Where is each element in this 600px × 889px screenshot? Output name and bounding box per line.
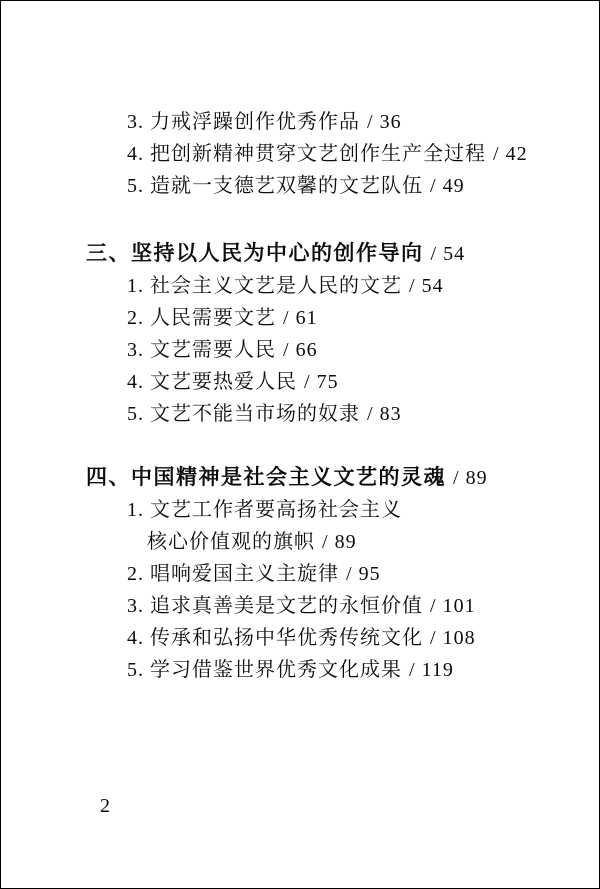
- toc-item-label: 4. 传承和弘扬中华优秀传统文化: [127, 627, 423, 649]
- toc-page-ref: 36: [380, 111, 402, 133]
- page-separator: /: [367, 403, 373, 425]
- toc-item: 3. 力戒浮躁创作优秀作品/36: [1, 106, 599, 138]
- page-separator: /: [431, 243, 437, 265]
- toc-page-ref: 95: [359, 563, 381, 585]
- page-separator: /: [409, 659, 415, 681]
- toc-item: 1. 社会主义文艺是人民的文艺/54: [1, 270, 599, 302]
- toc-item: 3. 文艺需要人民/66: [1, 334, 599, 366]
- toc-item: 2. 人民需要文艺/61: [1, 302, 599, 334]
- page-separator: /: [430, 595, 436, 617]
- section-heading: 四、中国精神是社会主义文艺的灵魂/89: [1, 462, 599, 494]
- page-separator: /: [346, 563, 352, 585]
- page-separator: /: [283, 339, 289, 361]
- toc-item-label: 5. 学习借鉴世界优秀文化成果: [127, 659, 402, 681]
- toc-item-label: 3. 力戒浮躁创作优秀作品: [127, 111, 360, 133]
- toc-item-label: 2. 人民需要文艺: [127, 307, 276, 329]
- toc-item-label: 4. 把创新精神贯穿文艺创作生产全过程: [127, 143, 486, 165]
- toc-page-ref: 89: [335, 531, 357, 553]
- toc-item-label: 1. 社会主义文艺是人民的文艺: [127, 275, 402, 297]
- page-separator: /: [283, 307, 289, 329]
- toc-item: 5. 造就一支德艺双馨的文艺队伍/49: [1, 170, 599, 202]
- section-heading: 三、坚持以人民为中心的创作导向/54: [1, 238, 599, 270]
- toc-page-ref: 61: [296, 307, 318, 329]
- toc-page-ref: 101: [443, 595, 476, 617]
- page-separator: /: [493, 143, 499, 165]
- page-separator: /: [430, 627, 436, 649]
- section-page-ref: 89: [466, 467, 488, 489]
- page-separator: /: [453, 467, 459, 489]
- toc-item: 1. 文艺工作者要高扬社会主义: [1, 494, 599, 526]
- toc-item-label: 2. 唱响爱国主义主旋律: [127, 563, 339, 585]
- section-page-ref: 54: [443, 243, 465, 265]
- toc-page-ref: 83: [380, 403, 402, 425]
- toc-item-label: 3. 文艺需要人民: [127, 339, 276, 361]
- toc-page-ref: 54: [422, 275, 444, 297]
- section-title: 三、坚持以人民为中心的创作导向: [86, 242, 424, 265]
- toc-item: 5. 学习借鉴世界优秀文化成果/119: [1, 654, 599, 686]
- toc-page-ref: 108: [443, 627, 476, 649]
- toc-item: 4. 传承和弘扬中华优秀传统文化/108: [1, 622, 599, 654]
- page-separator: /: [367, 111, 373, 133]
- page-separator: /: [304, 371, 310, 393]
- page-separator: /: [322, 531, 328, 553]
- toc-item: 2. 唱响爱国主义主旋律/95: [1, 558, 599, 590]
- toc-item: 3. 追求真善美是文艺的永恒价值/101: [1, 590, 599, 622]
- page-separator: /: [430, 175, 436, 197]
- table-of-contents: 3. 力戒浮躁创作优秀作品/36 4. 把创新精神贯穿文艺创作生产全过程/42 …: [1, 106, 599, 686]
- toc-page-ref: 75: [317, 371, 339, 393]
- toc-item-label: 4. 文艺要热爱人民: [127, 371, 297, 393]
- toc-item-label: 核心价值观的旗帜: [147, 531, 315, 553]
- section-title: 四、中国精神是社会主义文艺的灵魂: [86, 466, 446, 489]
- toc-page-ref: 66: [296, 339, 318, 361]
- toc-page-ref: 119: [422, 659, 454, 681]
- toc-item-label: 3. 追求真善美是文艺的永恒价值: [127, 595, 423, 617]
- page-separator: /: [409, 275, 415, 297]
- toc-item-label: 1. 文艺工作者要高扬社会主义: [127, 499, 402, 521]
- toc-item: 4. 把创新精神贯穿文艺创作生产全过程/42: [1, 138, 599, 170]
- toc-page-ref: 42: [506, 143, 528, 165]
- toc-item-label: 5. 文艺不能当市场的奴隶: [127, 403, 360, 425]
- page-number: 2: [100, 792, 110, 820]
- toc-item: 5. 文艺不能当市场的奴隶/83: [1, 398, 599, 430]
- book-page: 3. 力戒浮躁创作优秀作品/36 4. 把创新精神贯穿文艺创作生产全过程/42 …: [0, 0, 600, 889]
- toc-page-ref: 49: [443, 175, 465, 197]
- toc-item-continuation: 核心价值观的旗帜/89: [1, 526, 599, 558]
- toc-item-label: 5. 造就一支德艺双馨的文艺队伍: [127, 175, 423, 197]
- toc-item: 4. 文艺要热爱人民/75: [1, 366, 599, 398]
